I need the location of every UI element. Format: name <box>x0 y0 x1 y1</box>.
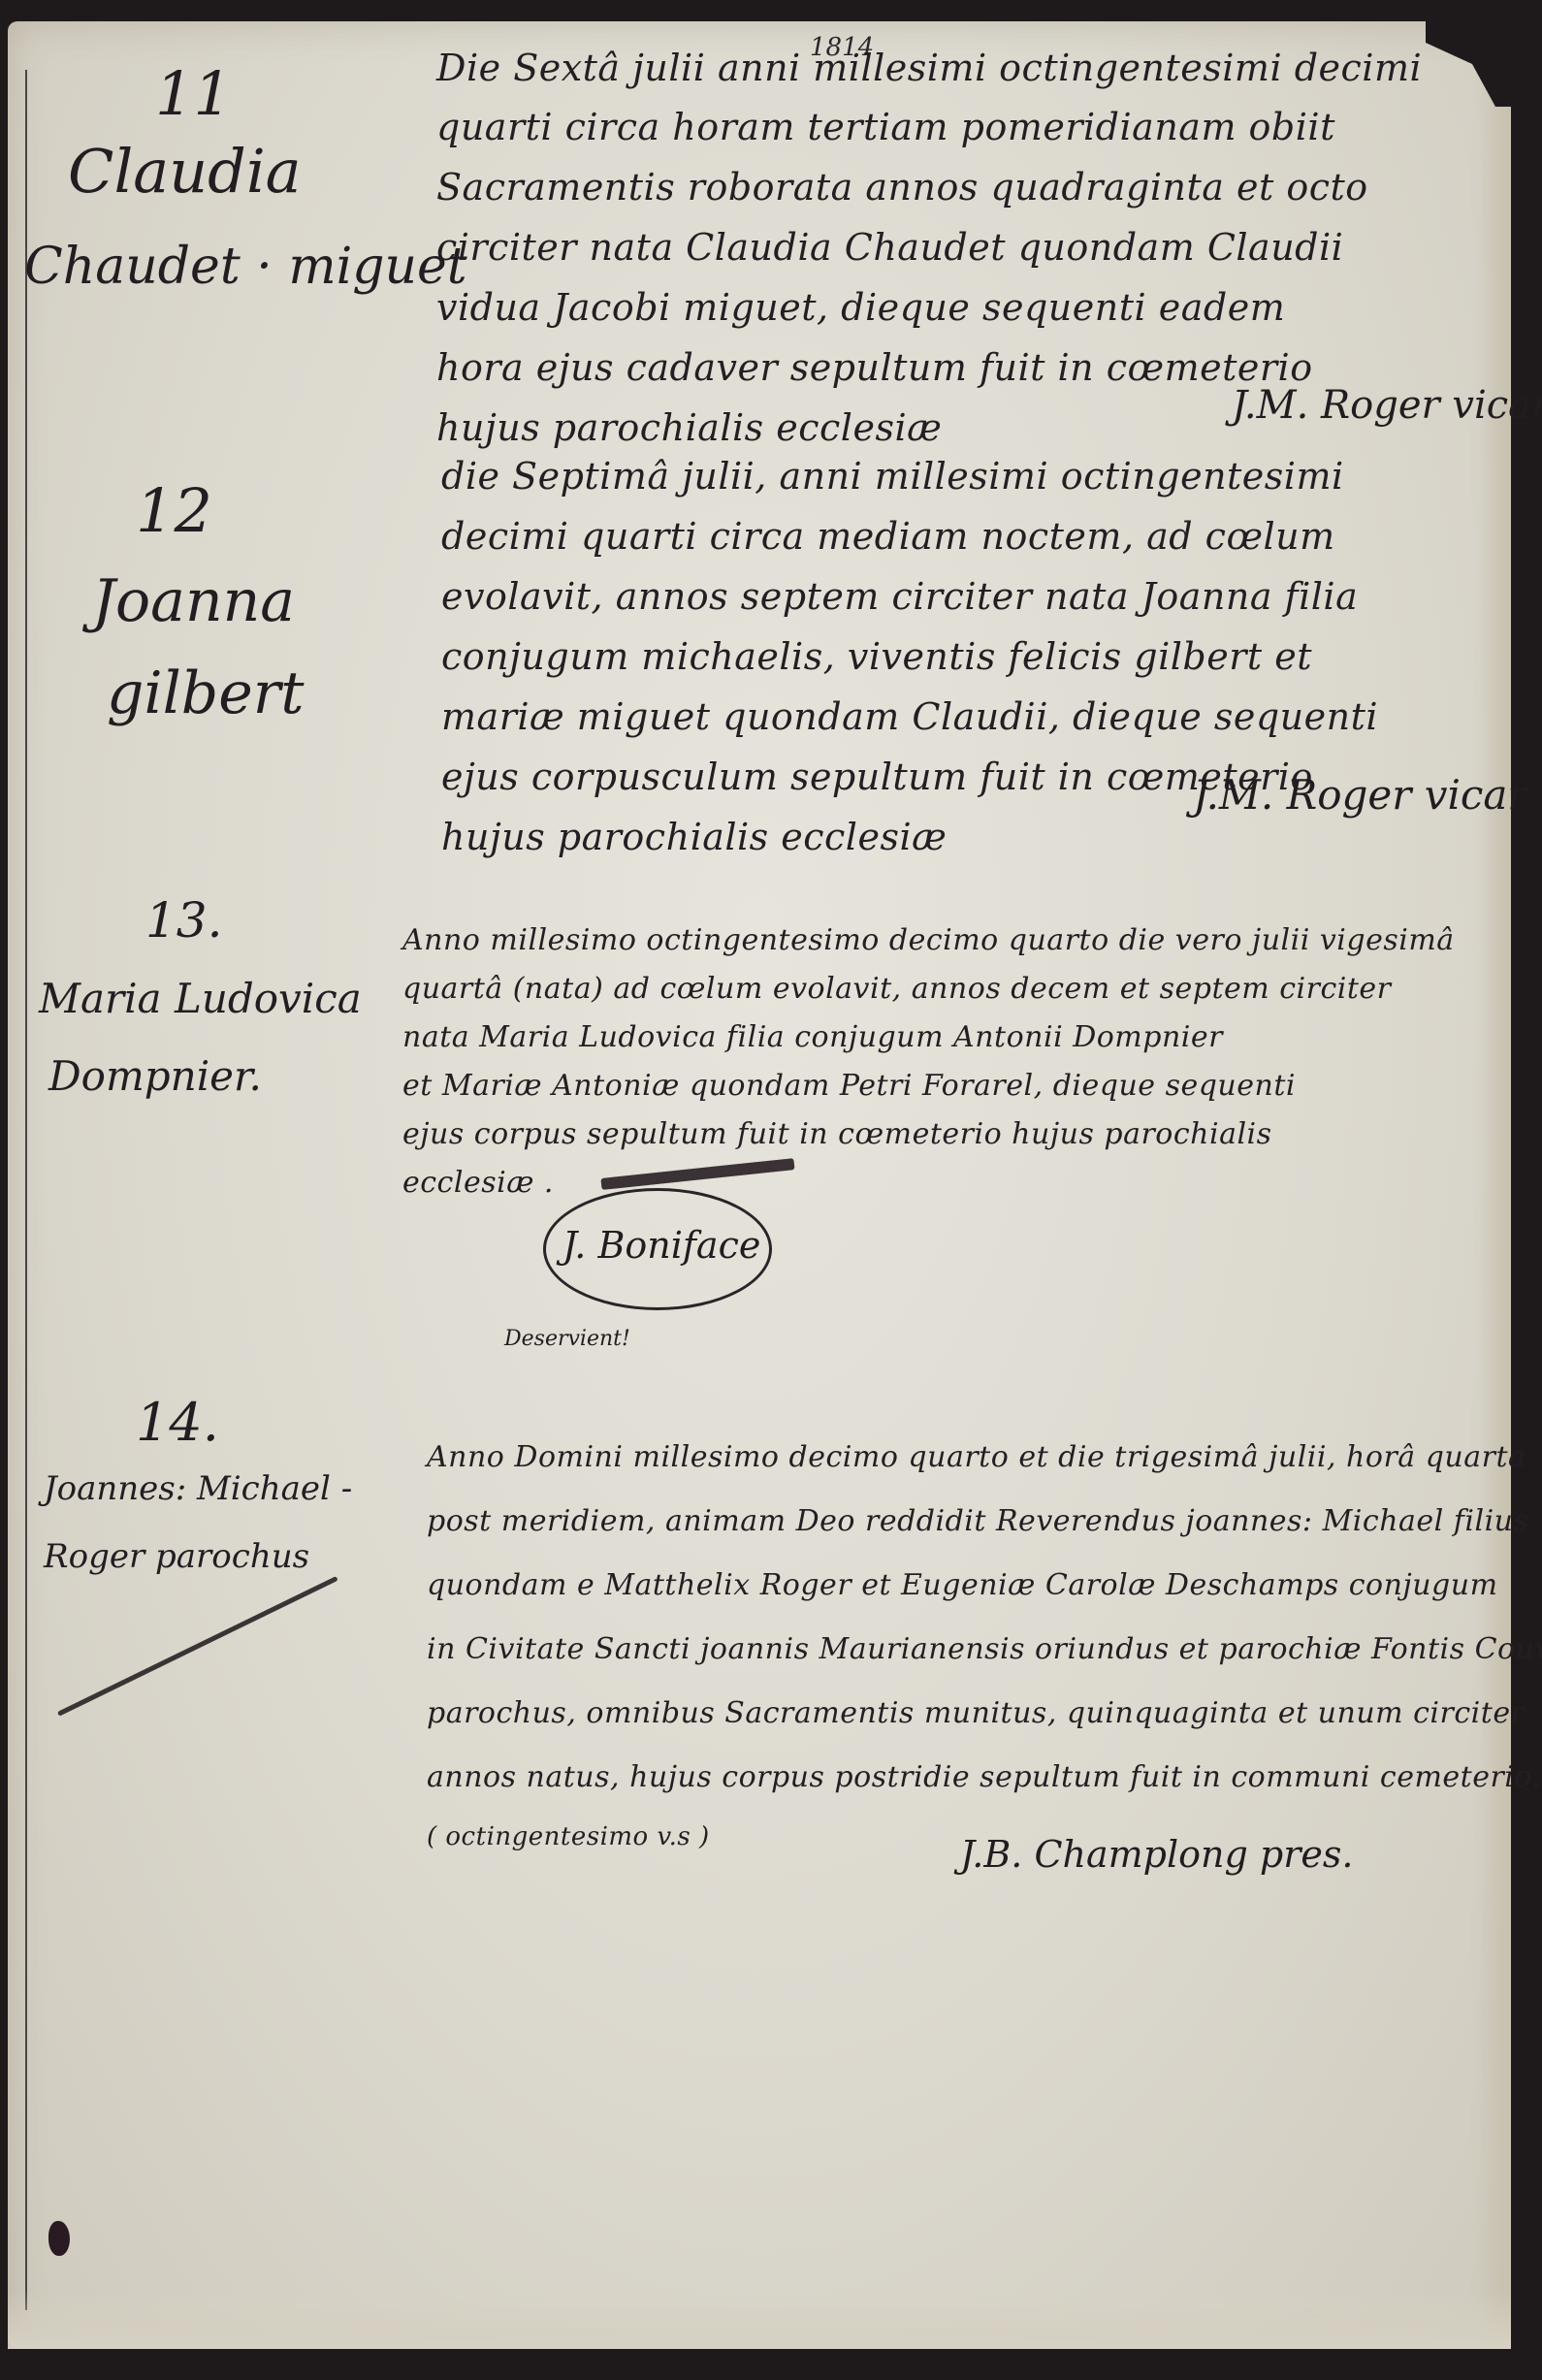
text-line: circiter nata Claudia Chaudet quondam Cl… <box>436 217 1464 277</box>
text-line: in Civitate Sancti joannis Maurianensis … <box>427 1618 1484 1682</box>
entry-number: 12 <box>136 475 212 546</box>
entry-text: Anno millesimo octingentesimo decimo qua… <box>402 917 1479 1207</box>
text-line: decimi quarti circa mediam noctem, ad cœ… <box>441 506 1469 566</box>
text-line: quartâ (nata) ad cœlum evolavit, annos d… <box>402 965 1479 1013</box>
ink-blot <box>48 2221 70 2256</box>
text-line: die Septimâ julii, anni millesimi octing… <box>441 446 1469 506</box>
entry-name-surname: Chaudet · miguet <box>24 238 467 296</box>
binding-line <box>25 70 27 2310</box>
text-line: ecclesiæ . <box>402 1159 1479 1207</box>
text-line: evolavit, annos septem circiter nata Joa… <box>441 566 1469 627</box>
entry-name-first: Joannes: Michael - <box>44 1469 352 1508</box>
signature: J.B. Champlong pres. <box>960 1833 1353 1876</box>
entry-name-first: Joanna <box>92 567 295 635</box>
text-line: conjugum michaelis, viventis felicis gil… <box>441 627 1469 687</box>
text-line: post meridiem, animam Deo reddidit Rever… <box>427 1490 1484 1554</box>
entry-name-surname: Roger parochus <box>44 1537 309 1576</box>
entry-name-first: Maria Ludovica <box>39 975 362 1022</box>
text-line: Die Sextâ julii anni millesimi octingent… <box>436 39 1464 97</box>
text-line: Anno millesimo octingentesimo decimo qua… <box>402 917 1479 965</box>
entry-name-first: Claudia <box>68 136 302 207</box>
text-line: mariæ miguet quondam Claudii, dieque seq… <box>441 687 1469 747</box>
text-line: Sacramentis roborata annos quadraginta e… <box>436 157 1464 217</box>
entry-number: 11 <box>155 58 232 129</box>
signature: J. Boniface <box>562 1224 760 1267</box>
signature: J.M. Roger vicar <box>1232 383 1542 428</box>
text-line: nata Maria Ludovica filia conjugum Anton… <box>402 1013 1479 1062</box>
text-line: ejus corpus sepultum fuit in cœmeterio h… <box>402 1110 1479 1159</box>
signature-note: Deservient! <box>504 1327 630 1351</box>
text-line: et Mariæ Antoniæ quondam Petri Forarel, … <box>402 1062 1479 1110</box>
signature: J.M. Roger vicar <box>1193 771 1527 819</box>
text-line: parochus, omnibus Sacramentis munitus, q… <box>427 1682 1484 1746</box>
text-line: Anno Domini millesimo decimo quarto et d… <box>427 1426 1484 1490</box>
page-bottom-edge <box>8 2291 1511 2349</box>
entry-name-surname: Dompnier. <box>48 1052 262 1100</box>
entry-text: Anno Domini millesimo decimo quarto et d… <box>427 1426 1484 1864</box>
text-line: quarti circa horam tertiam pomeridianam … <box>436 97 1464 157</box>
text-line: vidua Jacobi miguet, dieque sequenti ead… <box>436 277 1464 338</box>
entry-number: 13. <box>145 892 223 949</box>
entry-number: 14. <box>136 1392 219 1453</box>
entry-name-surname: gilbert <box>107 659 305 727</box>
text-line: annos natus, hujus corpus postridie sepu… <box>427 1746 1484 1810</box>
text-line: quondam e Matthelix Roger et Eugeniæ Car… <box>427 1554 1484 1618</box>
